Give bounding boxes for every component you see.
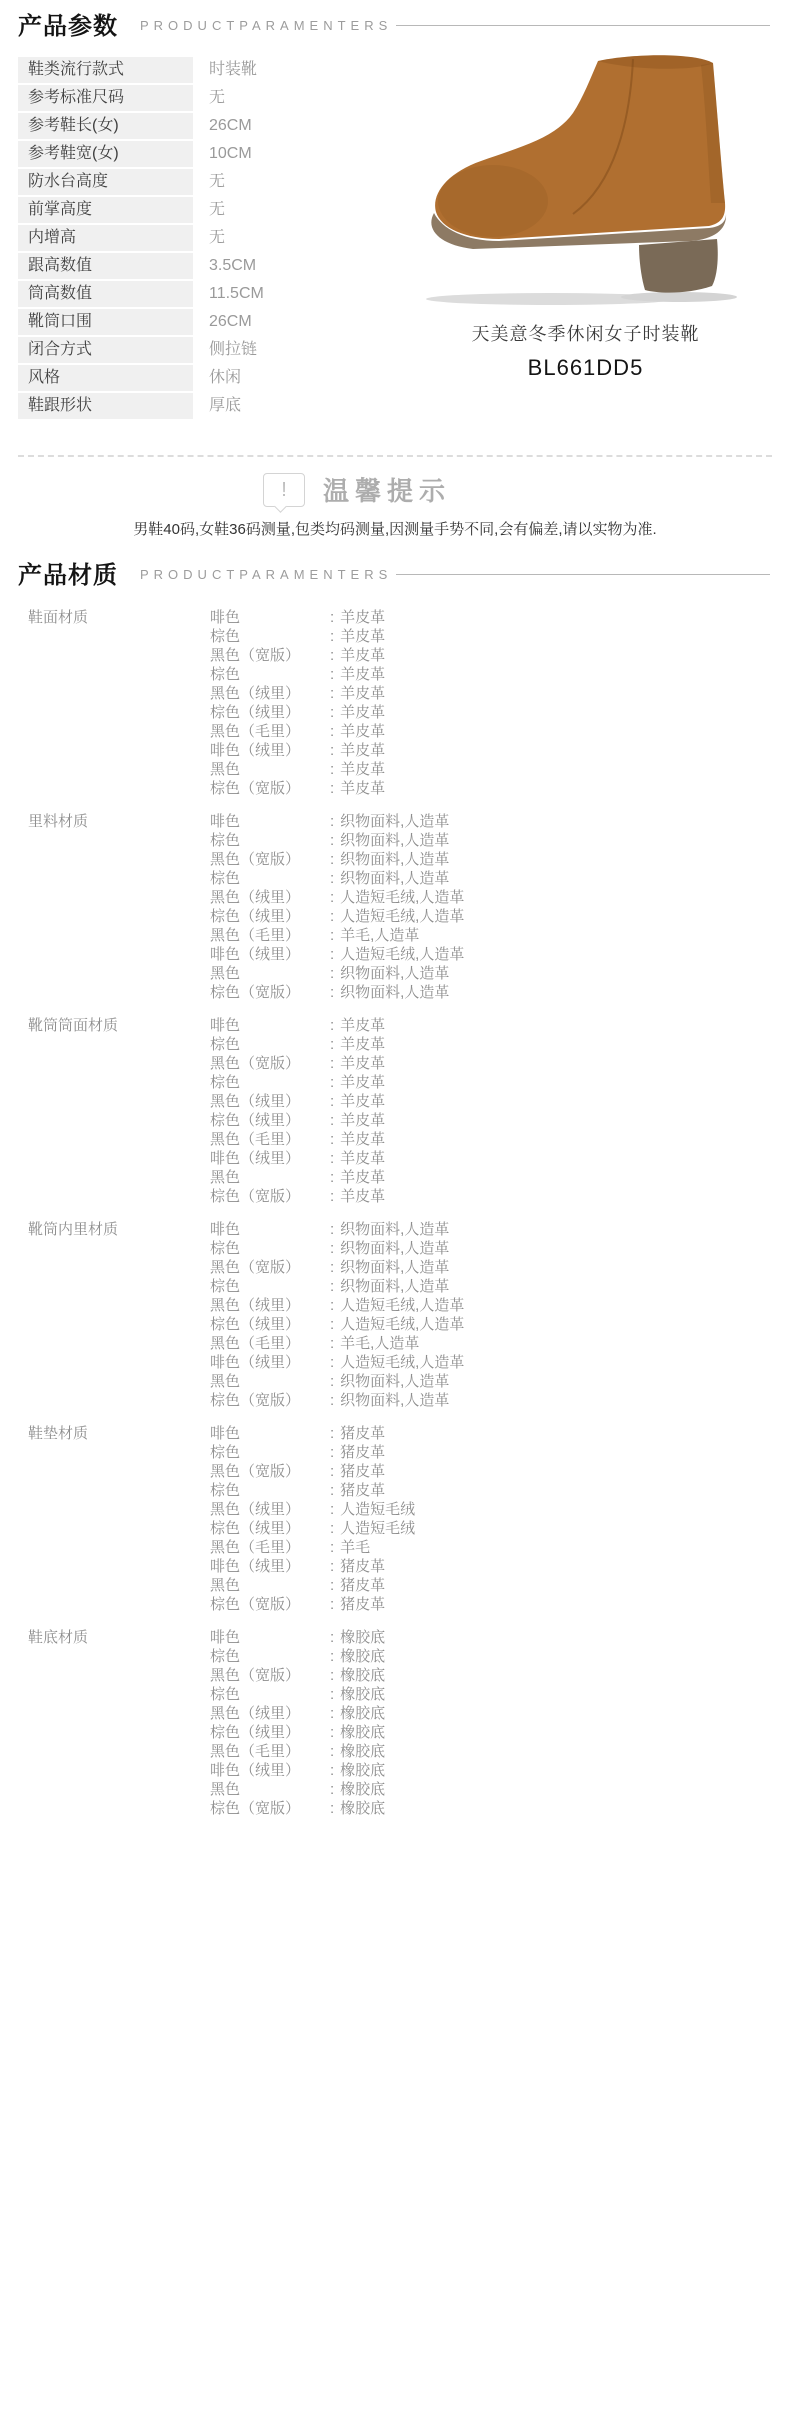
material-separator: : — [330, 1149, 334, 1168]
exclamation-icon: ! — [263, 473, 305, 507]
material-row: 棕色（绒里）:人造短毛绒,人造革 — [210, 1315, 790, 1334]
material-separator: : — [330, 831, 334, 850]
material-rows: 啡色:织物面料,人造革棕色:织物面料,人造革黑色（宽版）:织物面料,人造革棕色:… — [210, 1220, 790, 1410]
material-value: 人造短毛绒,人造革 — [340, 888, 464, 907]
material-row: 棕色（宽版）:织物面料,人造革 — [210, 1391, 790, 1410]
material-separator: : — [330, 850, 334, 869]
material-row: 啡色（绒里）:羊皮革 — [210, 741, 790, 760]
material-separator: : — [330, 1035, 334, 1054]
material-separator: : — [330, 1538, 334, 1557]
material-separator: : — [330, 1723, 334, 1742]
header-rule-line — [396, 574, 770, 575]
material-color: 啡色（绒里） — [210, 945, 330, 964]
material-group-label: 里料材质 — [28, 812, 210, 1002]
material-row: 棕色（宽版）:橡胶底 — [210, 1799, 790, 1818]
material-color: 啡色（绒里） — [210, 1149, 330, 1168]
material-separator: : — [330, 1628, 334, 1647]
product-image — [401, 51, 771, 309]
material-row: 黑色（宽版）:织物面料,人造革 — [210, 1258, 790, 1277]
material-separator: : — [330, 1334, 334, 1353]
material-group: 里料材质啡色:织物面料,人造革棕色:织物面料,人造革黑色（宽版）:织物面料,人造… — [28, 812, 790, 1002]
material-color: 黑色（绒里） — [210, 684, 330, 703]
material-color: 棕色（宽版） — [210, 1187, 330, 1206]
material-color: 黑色（宽版） — [210, 646, 330, 665]
material-value: 羊皮革 — [340, 684, 385, 703]
material-group: 靴筒内里材质啡色:织物面料,人造革棕色:织物面料,人造革黑色（宽版）:织物面料,… — [28, 1220, 790, 1410]
material-separator: : — [330, 1742, 334, 1761]
material-rows: 啡色:羊皮革棕色:羊皮革黑色（宽版）:羊皮革棕色:羊皮革黑色（绒里）:羊皮革棕色… — [210, 608, 790, 798]
material-value: 羊皮革 — [340, 741, 385, 760]
product-model: BL661DD5 — [393, 355, 778, 381]
material-value: 猪皮革 — [340, 1557, 385, 1576]
material-value: 橡胶底 — [340, 1685, 385, 1704]
material-value: 织物面料,人造革 — [340, 1239, 449, 1258]
param-value: 无 — [193, 85, 225, 111]
material-row: 棕色（绒里）:羊皮革 — [210, 703, 790, 722]
material-separator: : — [330, 1595, 334, 1614]
boot-heel-shadow — [621, 292, 737, 302]
product-name: 天美意冬季休闲女子时装靴 — [393, 320, 778, 346]
material-row: 黑色（宽版）:橡胶底 — [210, 1666, 790, 1685]
product-detail-page: 产品参数 PRODUCTPARAMENTERS 鞋类流行款式时装靴参考标准尺码无… — [0, 0, 790, 2410]
material-row: 啡色（绒里）:猪皮革 — [210, 1557, 790, 1576]
material-group-label: 鞋垫材质 — [28, 1424, 210, 1614]
material-value: 橡胶底 — [340, 1723, 385, 1742]
material-separator: : — [330, 1647, 334, 1666]
param-label: 跟高数值 — [18, 253, 193, 279]
material-group: 鞋面材质啡色:羊皮革棕色:羊皮革黑色（宽版）:羊皮革棕色:羊皮革黑色（绒里）:羊… — [28, 608, 790, 798]
material-value: 羊皮革 — [340, 1073, 385, 1092]
material-color: 啡色 — [210, 1628, 330, 1647]
material-separator: : — [330, 1391, 334, 1410]
params-area: 鞋类流行款式时装靴参考标准尺码无参考鞋长(女)26CM参考鞋宽(女)10CM防水… — [18, 57, 790, 429]
material-separator: : — [330, 1576, 334, 1595]
material-separator: : — [330, 1519, 334, 1538]
material-value: 羊皮革 — [340, 1187, 385, 1206]
material-value: 人造短毛绒,人造革 — [340, 1315, 464, 1334]
materials-list: 鞋面材质啡色:羊皮革棕色:羊皮革黑色（宽版）:羊皮革棕色:羊皮革黑色（绒里）:羊… — [28, 608, 790, 1818]
material-color: 黑色（绒里） — [210, 1704, 330, 1723]
material-value: 人造短毛绒,人造革 — [340, 945, 464, 964]
material-color: 黑色（绒里） — [210, 888, 330, 907]
param-value: 11.5CM — [193, 281, 264, 307]
material-separator: : — [330, 1500, 334, 1519]
material-value: 人造短毛绒,人造革 — [340, 1353, 464, 1372]
material-value: 织物面料,人造革 — [340, 964, 449, 983]
material-row: 黑色（毛里）:橡胶底 — [210, 1742, 790, 1761]
material-value: 织物面料,人造革 — [340, 1391, 449, 1410]
param-label: 参考标准尺码 — [18, 85, 193, 111]
material-value: 橡胶底 — [340, 1742, 385, 1761]
boot-heel — [639, 239, 718, 293]
material-row: 棕色（绒里）:人造短毛绒,人造革 — [210, 907, 790, 926]
material-row: 黑色（绒里）:人造短毛绒,人造革 — [210, 888, 790, 907]
material-separator: : — [330, 1130, 334, 1149]
param-label: 防水台高度 — [18, 169, 193, 195]
material-value: 橡胶底 — [340, 1666, 385, 1685]
material-row: 黑色（绒里）:橡胶底 — [210, 1704, 790, 1723]
material-value: 人造短毛绒,人造革 — [340, 907, 464, 926]
material-value: 橡胶底 — [340, 1780, 385, 1799]
material-color: 啡色 — [210, 812, 330, 831]
material-row: 黑色（毛里）:羊皮革 — [210, 1130, 790, 1149]
material-value: 橡胶底 — [340, 1647, 385, 1666]
material-separator: : — [330, 760, 334, 779]
material-group-label: 鞋面材质 — [28, 608, 210, 798]
material-separator: : — [330, 608, 334, 627]
material-value: 猪皮革 — [340, 1481, 385, 1500]
material-value: 羊皮革 — [340, 1130, 385, 1149]
material-row: 黑色（绒里）:羊皮革 — [210, 684, 790, 703]
material-value: 羊皮革 — [340, 665, 385, 684]
material-separator: : — [330, 1372, 334, 1391]
material-color: 棕色（宽版） — [210, 1391, 330, 1410]
material-value: 羊皮革 — [340, 722, 385, 741]
material-color: 黑色（绒里） — [210, 1296, 330, 1315]
material-row: 棕色:猪皮革 — [210, 1481, 790, 1500]
material-separator: : — [330, 665, 334, 684]
param-label: 前掌高度 — [18, 197, 193, 223]
material-value: 羊皮革 — [340, 646, 385, 665]
material-color: 啡色（绒里） — [210, 1557, 330, 1576]
material-separator: : — [330, 1481, 334, 1500]
material-row: 棕色:橡胶底 — [210, 1647, 790, 1666]
param-label: 内增高 — [18, 225, 193, 251]
material-separator: : — [330, 1258, 334, 1277]
material-color: 棕色 — [210, 1481, 330, 1500]
material-value: 羊皮革 — [340, 703, 385, 722]
tips-note: 男鞋40码,女鞋36码测量,包类均码测量,因测量手势不同,会有偏差,请以实物为准… — [0, 518, 790, 539]
material-row: 棕色:织物面料,人造革 — [210, 831, 790, 850]
material-color: 黑色（毛里） — [210, 1334, 330, 1353]
material-separator: : — [330, 627, 334, 646]
material-color: 黑色（毛里） — [210, 722, 330, 741]
material-separator: : — [330, 964, 334, 983]
material-row: 棕色（宽版）:织物面料,人造革 — [210, 983, 790, 1002]
material-row: 黑色（绒里）:人造短毛绒 — [210, 1500, 790, 1519]
material-separator: : — [330, 1685, 334, 1704]
material-value: 织物面料,人造革 — [340, 850, 449, 869]
material-separator: : — [330, 779, 334, 798]
material-separator: : — [330, 1761, 334, 1780]
material-value: 羊皮革 — [340, 627, 385, 646]
dashed-divider — [18, 455, 772, 457]
material-rows: 啡色:橡胶底棕色:橡胶底黑色（宽版）:橡胶底棕色:橡胶底黑色（绒里）:橡胶底棕色… — [210, 1628, 790, 1818]
material-separator: : — [330, 1780, 334, 1799]
tips-title: 温馨提示 — [323, 471, 451, 508]
material-color: 黑色 — [210, 964, 330, 983]
material-value: 羊皮革 — [340, 1111, 385, 1130]
material-color: 棕色 — [210, 1035, 330, 1054]
material-row: 黑色:羊皮革 — [210, 1168, 790, 1187]
material-color: 啡色 — [210, 1016, 330, 1035]
material-color: 棕色 — [210, 831, 330, 850]
material-color: 啡色 — [210, 608, 330, 627]
material-row: 棕色（绒里）:羊皮革 — [210, 1111, 790, 1130]
material-separator: : — [330, 888, 334, 907]
material-separator: : — [330, 812, 334, 831]
material-separator: : — [330, 983, 334, 1002]
material-color: 棕色（绒里） — [210, 1519, 330, 1538]
material-value: 羊皮革 — [340, 1054, 385, 1073]
param-label: 靴筒口围 — [18, 309, 193, 335]
material-color: 黑色 — [210, 1780, 330, 1799]
material-color: 棕色（绒里） — [210, 1111, 330, 1130]
material-separator: : — [330, 1016, 334, 1035]
material-value: 橡胶底 — [340, 1628, 385, 1647]
material-separator: : — [330, 1424, 334, 1443]
params-section-header: 产品参数 PRODUCTPARAMENTERS — [0, 0, 790, 41]
material-row: 黑色:织物面料,人造革 — [210, 1372, 790, 1391]
material-row: 棕色:橡胶底 — [210, 1685, 790, 1704]
param-value: 休闲 — [193, 365, 241, 391]
material-row: 黑色（毛里）:羊毛,人造革 — [210, 926, 790, 945]
material-rows: 啡色:猪皮革棕色:猪皮革黑色（宽版）:猪皮革棕色:猪皮革黑色（绒里）:人造短毛绒… — [210, 1424, 790, 1614]
material-color: 棕色 — [210, 665, 330, 684]
material-value: 猪皮革 — [340, 1424, 385, 1443]
params-section-title: 产品参数 — [18, 6, 118, 41]
material-row: 啡色（绒里）:人造短毛绒,人造革 — [210, 1353, 790, 1372]
material-row: 黑色（毛里）:羊皮革 — [210, 722, 790, 741]
material-color: 棕色 — [210, 1073, 330, 1092]
material-value: 织物面料,人造革 — [340, 983, 449, 1002]
material-value: 羊皮革 — [340, 1092, 385, 1111]
material-row: 棕色:羊皮革 — [210, 627, 790, 646]
material-row: 黑色（毛里）:羊毛,人造革 — [210, 1334, 790, 1353]
material-color: 黑色（宽版） — [210, 1666, 330, 1685]
material-value: 橡胶底 — [340, 1761, 385, 1780]
material-color: 棕色（绒里） — [210, 1315, 330, 1334]
param-value: 3.5CM — [193, 253, 256, 279]
param-value: 10CM — [193, 141, 252, 167]
param-value: 26CM — [193, 309, 252, 335]
material-group: 靴筒筒面材质啡色:羊皮革棕色:羊皮革黑色（宽版）:羊皮革棕色:羊皮革黑色（绒里）… — [28, 1016, 790, 1206]
material-row: 棕色（宽版）:猪皮革 — [210, 1595, 790, 1614]
material-row: 啡色:猪皮革 — [210, 1424, 790, 1443]
material-value: 织物面料,人造革 — [340, 1258, 449, 1277]
material-color: 黑色（宽版） — [210, 1462, 330, 1481]
material-separator: : — [330, 1353, 334, 1372]
material-separator: : — [330, 1111, 334, 1130]
material-color: 啡色 — [210, 1220, 330, 1239]
param-row: 鞋跟形状厚底 — [18, 393, 790, 419]
material-row: 棕色:羊皮革 — [210, 665, 790, 684]
material-value: 羊皮革 — [340, 779, 385, 798]
material-color: 棕色（宽版） — [210, 779, 330, 798]
materials-section-title: 产品材质 — [18, 555, 118, 590]
material-separator: : — [330, 1092, 334, 1111]
material-separator: : — [330, 1666, 334, 1685]
material-color: 棕色（绒里） — [210, 1723, 330, 1742]
material-row: 棕色（绒里）:人造短毛绒 — [210, 1519, 790, 1538]
material-separator: : — [330, 1704, 334, 1723]
material-color: 啡色（绒里） — [210, 741, 330, 760]
param-label: 参考鞋宽(女) — [18, 141, 193, 167]
material-separator: : — [330, 1054, 334, 1073]
material-value: 羊皮革 — [340, 1149, 385, 1168]
material-value: 织物面料,人造革 — [340, 1220, 449, 1239]
param-value: 厚底 — [193, 393, 241, 419]
material-value: 织物面料,人造革 — [340, 1372, 449, 1391]
material-separator: : — [330, 1443, 334, 1462]
material-color: 棕色（绒里） — [210, 907, 330, 926]
material-color: 黑色（毛里） — [210, 1742, 330, 1761]
material-rows: 啡色:羊皮革棕色:羊皮革黑色（宽版）:羊皮革棕色:羊皮革黑色（绒里）:羊皮革棕色… — [210, 1016, 790, 1206]
material-row: 啡色:织物面料,人造革 — [210, 1220, 790, 1239]
material-group: 鞋底材质啡色:橡胶底棕色:橡胶底黑色（宽版）:橡胶底棕色:橡胶底黑色（绒里）:橡… — [28, 1628, 790, 1818]
material-row: 棕色（宽版）:羊皮革 — [210, 1187, 790, 1206]
material-row: 黑色（宽版）:羊皮革 — [210, 646, 790, 665]
material-separator: : — [330, 945, 334, 964]
material-row: 啡色（绒里）:橡胶底 — [210, 1761, 790, 1780]
material-value: 橡胶底 — [340, 1799, 385, 1818]
material-color: 棕色 — [210, 1685, 330, 1704]
material-row: 黑色（宽版）:猪皮革 — [210, 1462, 790, 1481]
material-separator: : — [330, 1168, 334, 1187]
material-value: 羊皮革 — [340, 1168, 385, 1187]
params-section-subtitle: PRODUCTPARAMENTERS — [140, 14, 392, 33]
material-color: 黑色（绒里） — [210, 1092, 330, 1111]
material-group-label: 鞋底材质 — [28, 1628, 210, 1818]
material-separator: : — [330, 1557, 334, 1576]
param-value: 侧拉链 — [193, 337, 257, 363]
material-row: 黑色（宽版）:羊皮革 — [210, 1054, 790, 1073]
material-row: 啡色（绒里）:人造短毛绒,人造革 — [210, 945, 790, 964]
material-color: 黑色 — [210, 1168, 330, 1187]
material-row: 黑色:羊皮革 — [210, 760, 790, 779]
param-value: 无 — [193, 169, 225, 195]
material-separator: : — [330, 1799, 334, 1818]
material-row: 黑色（绒里）:人造短毛绒,人造革 — [210, 1296, 790, 1315]
material-row: 棕色:羊皮革 — [210, 1073, 790, 1092]
material-group-label: 靴筒内里材质 — [28, 1220, 210, 1410]
param-label: 鞋跟形状 — [18, 393, 193, 419]
material-rows: 啡色:织物面料,人造革棕色:织物面料,人造革黑色（宽版）:织物面料,人造革棕色:… — [210, 812, 790, 1002]
material-value: 织物面料,人造革 — [340, 1277, 449, 1296]
material-color: 棕色（绒里） — [210, 703, 330, 722]
material-color: 啡色 — [210, 1424, 330, 1443]
material-row: 啡色:羊皮革 — [210, 1016, 790, 1035]
material-row: 啡色:羊皮革 — [210, 608, 790, 627]
material-value: 猪皮革 — [340, 1443, 385, 1462]
material-row: 棕色:织物面料,人造革 — [210, 1277, 790, 1296]
material-row: 啡色:橡胶底 — [210, 1628, 790, 1647]
material-color: 黑色 — [210, 760, 330, 779]
materials-section-header: 产品材质 PRODUCTPARAMENTERS — [0, 549, 790, 590]
product-visual: 天美意冬季休闲女子时装靴 BL661DD5 — [393, 51, 778, 381]
material-value: 人造短毛绒 — [340, 1500, 415, 1519]
material-row: 啡色:织物面料,人造革 — [210, 812, 790, 831]
param-label: 参考鞋长(女) — [18, 113, 193, 139]
material-value: 羊皮革 — [340, 1016, 385, 1035]
materials-section-subtitle: PRODUCTPARAMENTERS — [140, 563, 392, 582]
material-color: 棕色 — [210, 1277, 330, 1296]
material-separator: : — [330, 907, 334, 926]
material-row: 黑色:橡胶底 — [210, 1780, 790, 1799]
material-group-label: 靴筒筒面材质 — [28, 1016, 210, 1206]
material-color: 黑色（宽版） — [210, 850, 330, 869]
material-color: 黑色（宽版） — [210, 1054, 330, 1073]
material-row: 啡色（绒里）:羊皮革 — [210, 1149, 790, 1168]
material-value: 羊毛 — [340, 1538, 370, 1557]
material-value: 猪皮革 — [340, 1595, 385, 1614]
material-separator: : — [330, 646, 334, 665]
param-value: 时装靴 — [193, 57, 257, 83]
material-color: 棕色 — [210, 627, 330, 646]
material-separator: : — [330, 1187, 334, 1206]
param-label: 风格 — [18, 365, 193, 391]
material-color: 棕色 — [210, 869, 330, 888]
material-separator: : — [330, 684, 334, 703]
material-value: 羊毛,人造革 — [340, 1334, 419, 1353]
material-separator: : — [330, 1296, 334, 1315]
material-value: 猪皮革 — [340, 1576, 385, 1595]
param-label: 闭合方式 — [18, 337, 193, 363]
boot-toe-shade — [438, 165, 548, 237]
material-color: 黑色（毛里） — [210, 1538, 330, 1557]
material-value: 人造短毛绒 — [340, 1519, 415, 1538]
material-row: 黑色:猪皮革 — [210, 1576, 790, 1595]
param-label: 筒高数值 — [18, 281, 193, 307]
material-value: 橡胶底 — [340, 1704, 385, 1723]
material-color: 啡色（绒里） — [210, 1761, 330, 1780]
material-separator: : — [330, 869, 334, 888]
material-separator: : — [330, 1315, 334, 1334]
material-value: 织物面料,人造革 — [340, 812, 449, 831]
material-value: 羊皮革 — [340, 760, 385, 779]
param-value: 无 — [193, 225, 225, 251]
material-row: 黑色（宽版）:织物面料,人造革 — [210, 850, 790, 869]
material-value: 羊毛,人造革 — [340, 926, 419, 945]
material-color: 黑色（毛里） — [210, 926, 330, 945]
material-group: 鞋垫材质啡色:猪皮革棕色:猪皮革黑色（宽版）:猪皮革棕色:猪皮革黑色（绒里）:人… — [28, 1424, 790, 1614]
material-value: 羊皮革 — [340, 608, 385, 627]
material-separator: : — [330, 722, 334, 741]
material-color: 黑色（毛里） — [210, 1130, 330, 1149]
material-row: 棕色:织物面料,人造革 — [210, 1239, 790, 1258]
material-value: 人造短毛绒,人造革 — [340, 1296, 464, 1315]
param-value: 26CM — [193, 113, 252, 139]
param-value: 无 — [193, 197, 225, 223]
material-color: 黑色（宽版） — [210, 1258, 330, 1277]
material-color: 棕色（宽版） — [210, 1799, 330, 1818]
header-rule-line — [396, 25, 770, 26]
material-row: 黑色:织物面料,人造革 — [210, 964, 790, 983]
material-value: 织物面料,人造革 — [340, 869, 449, 888]
material-color: 黑色 — [210, 1576, 330, 1595]
material-row: 棕色（绒里）:橡胶底 — [210, 1723, 790, 1742]
material-color: 棕色 — [210, 1239, 330, 1258]
material-row: 棕色（宽版）:羊皮革 — [210, 779, 790, 798]
material-color: 棕色（宽版） — [210, 983, 330, 1002]
material-row: 黑色（毛里）:羊毛 — [210, 1538, 790, 1557]
material-row: 棕色:织物面料,人造革 — [210, 869, 790, 888]
material-separator: : — [330, 1462, 334, 1481]
material-separator: : — [330, 1073, 334, 1092]
material-color: 啡色（绒里） — [210, 1353, 330, 1372]
material-separator: : — [330, 1239, 334, 1258]
tips-header: ! 温馨提示 — [0, 471, 752, 508]
material-color: 棕色 — [210, 1443, 330, 1462]
material-separator: : — [330, 926, 334, 945]
material-color: 黑色 — [210, 1372, 330, 1391]
material-color: 棕色 — [210, 1647, 330, 1666]
material-color: 棕色（宽版） — [210, 1595, 330, 1614]
material-row: 黑色（绒里）:羊皮革 — [210, 1092, 790, 1111]
param-label: 鞋类流行款式 — [18, 57, 193, 83]
material-color: 黑色（绒里） — [210, 1500, 330, 1519]
material-separator: : — [330, 1220, 334, 1239]
